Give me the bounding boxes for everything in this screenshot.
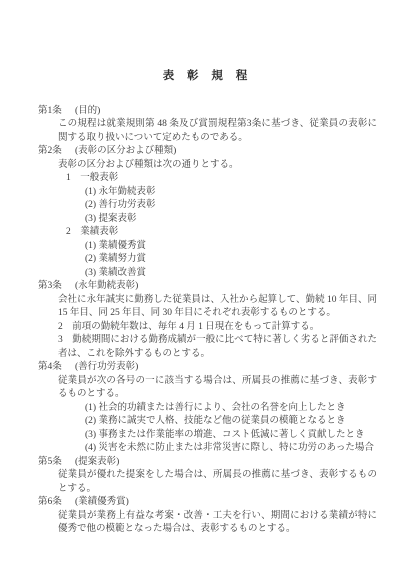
- article-heading-line: 第4条(善行功労表彰): [38, 361, 377, 375]
- document-title: 表 彰 規 程: [38, 70, 377, 84]
- article: 第2条(表彰の区分および種類) 表彰の区分および種類は次の通りとする。1 一般表…: [38, 145, 377, 280]
- article-number: 第4条: [38, 361, 68, 375]
- article-heading-line: 第2条(表彰の区分および種類): [38, 145, 377, 159]
- article-line: (2) 善行功労表彰: [85, 199, 377, 213]
- article-heading-line: 第1条(目的): [38, 105, 377, 119]
- article: 第3条(永年勤続表彰) 会社に永年誠実に勤務した従業員は、入社から起算して、勤続…: [38, 280, 377, 361]
- article: 第4条(善行功労表彰) 従業員が次の各号の一に該当する場合は、所属長の推薦に基づ…: [38, 361, 377, 456]
- article-line: 3 勤続期間における勤務成績が一般に比べて特に著しく劣ると評価された者は、これを…: [58, 334, 377, 361]
- article-line: (3) 提案表彰: [85, 213, 377, 227]
- article-line: (1) 業績優秀賞: [85, 240, 377, 254]
- article-heading: (目的): [75, 106, 100, 116]
- article-line: 従業員が業務上有益な考案・改善・工夫を行い、期間における業績が特に優秀で他の模範…: [58, 510, 377, 537]
- article-number: 第2条: [38, 145, 68, 159]
- article-line: 1 一般表彰: [66, 172, 377, 186]
- article: 第1条(目的) この規程は就業規則第 48 条及び賞罰規程第3条に基づき、従業員…: [38, 105, 377, 146]
- article-line: (1) 社会的功績または善行により、会社の名誉を向上したとき: [85, 402, 377, 416]
- article-line: 2 業績表彰: [66, 226, 377, 240]
- article-number: 第3条: [38, 280, 68, 294]
- article-line: (4) 災害を未然に防止または非常災害に際し、特に功労のあった場合: [85, 442, 377, 456]
- article: 第5条(提案表彰) 従業員が優れた提案をした場合は、所属長の推薦に基づき、表彰す…: [38, 456, 377, 497]
- article-heading: (業績優秀賞): [75, 497, 129, 507]
- article-heading-line: 第3条(永年勤続表彰): [38, 280, 377, 294]
- article-line: (2) 業務に誠実で人格、技能など他の従業員の模範となるとき: [85, 415, 377, 429]
- article-line: この規程は就業規則第 48 条及び賞罰規程第3条に基づき、従業員の表彰に関する取…: [58, 118, 377, 145]
- article-line: 2 前項の勤続年数は、毎年 4 月 1 日現在をもって計算する。: [58, 321, 377, 335]
- article-heading-line: 第5条(提案表彰): [38, 456, 377, 470]
- article-body: この規程は就業規則第 48 条及び賞罰規程第3条に基づき、従業員の表彰に関する取…: [38, 118, 377, 145]
- article-number: 第1条: [38, 105, 68, 119]
- article-heading: (提案表彰): [75, 457, 119, 467]
- article-line: (3) 事務または作業能率の増進、コスト低減に著しく貢献したとき: [85, 429, 377, 443]
- article: 第6条(業績優秀賞) 従業員が業務上有益な考案・改善・工夫を行い、期間における業…: [38, 496, 377, 537]
- article-body: 会社に永年誠実に勤務した従業員は、入社から起算して、勤続 10 年目、同 15 …: [38, 294, 377, 362]
- articles-section: 第1条(目的) この規程は就業規則第 48 条及び賞罰規程第3条に基づき、従業員…: [38, 105, 377, 537]
- article-line: 会社に永年誠実に勤務した従業員は、入社から起算して、勤続 10 年目、同 15 …: [58, 294, 377, 321]
- article-heading-line: 第6条(業績優秀賞): [38, 496, 377, 510]
- article-body: 表彰の区分および種類は次の通りとする。1 一般表彰(1) 永年勤続表彰(2) 善…: [38, 159, 377, 281]
- article-line: 従業員が次の各号の一に該当する場合は、所属長の推薦に基づき、表彰するものとする。: [58, 375, 377, 402]
- article-heading: (善行功労表彰): [75, 362, 138, 372]
- article-number: 第6条: [38, 496, 68, 510]
- article-line: (1) 永年勤続表彰: [85, 186, 377, 200]
- article-heading: (永年勤続表彰): [75, 281, 138, 291]
- article-line: (2) 業績努力賞: [85, 253, 377, 267]
- document-page: 表 彰 規 程 第1条(目的) この規程は就業規則第 48 条及び賞罰規程第3条…: [0, 0, 410, 580]
- article-line: 表彰の区分および種類は次の通りとする。: [58, 159, 377, 173]
- article-line: 従業員が優れた提案をした場合は、所属長の推薦に基づき、表彰するものとする。: [58, 469, 377, 496]
- article-heading: (表彰の区分および種類): [75, 146, 176, 156]
- article-body: 従業員が優れた提案をした場合は、所属長の推薦に基づき、表彰するものとする。: [38, 469, 377, 496]
- article-number: 第5条: [38, 456, 68, 470]
- article-line: (3) 業績改善賞: [85, 267, 377, 281]
- article-body: 従業員が次の各号の一に該当する場合は、所属長の推薦に基づき、表彰するものとする。…: [38, 375, 377, 456]
- article-body: 従業員が業務上有益な考案・改善・工夫を行い、期間における業績が特に優秀で他の模範…: [38, 510, 377, 537]
